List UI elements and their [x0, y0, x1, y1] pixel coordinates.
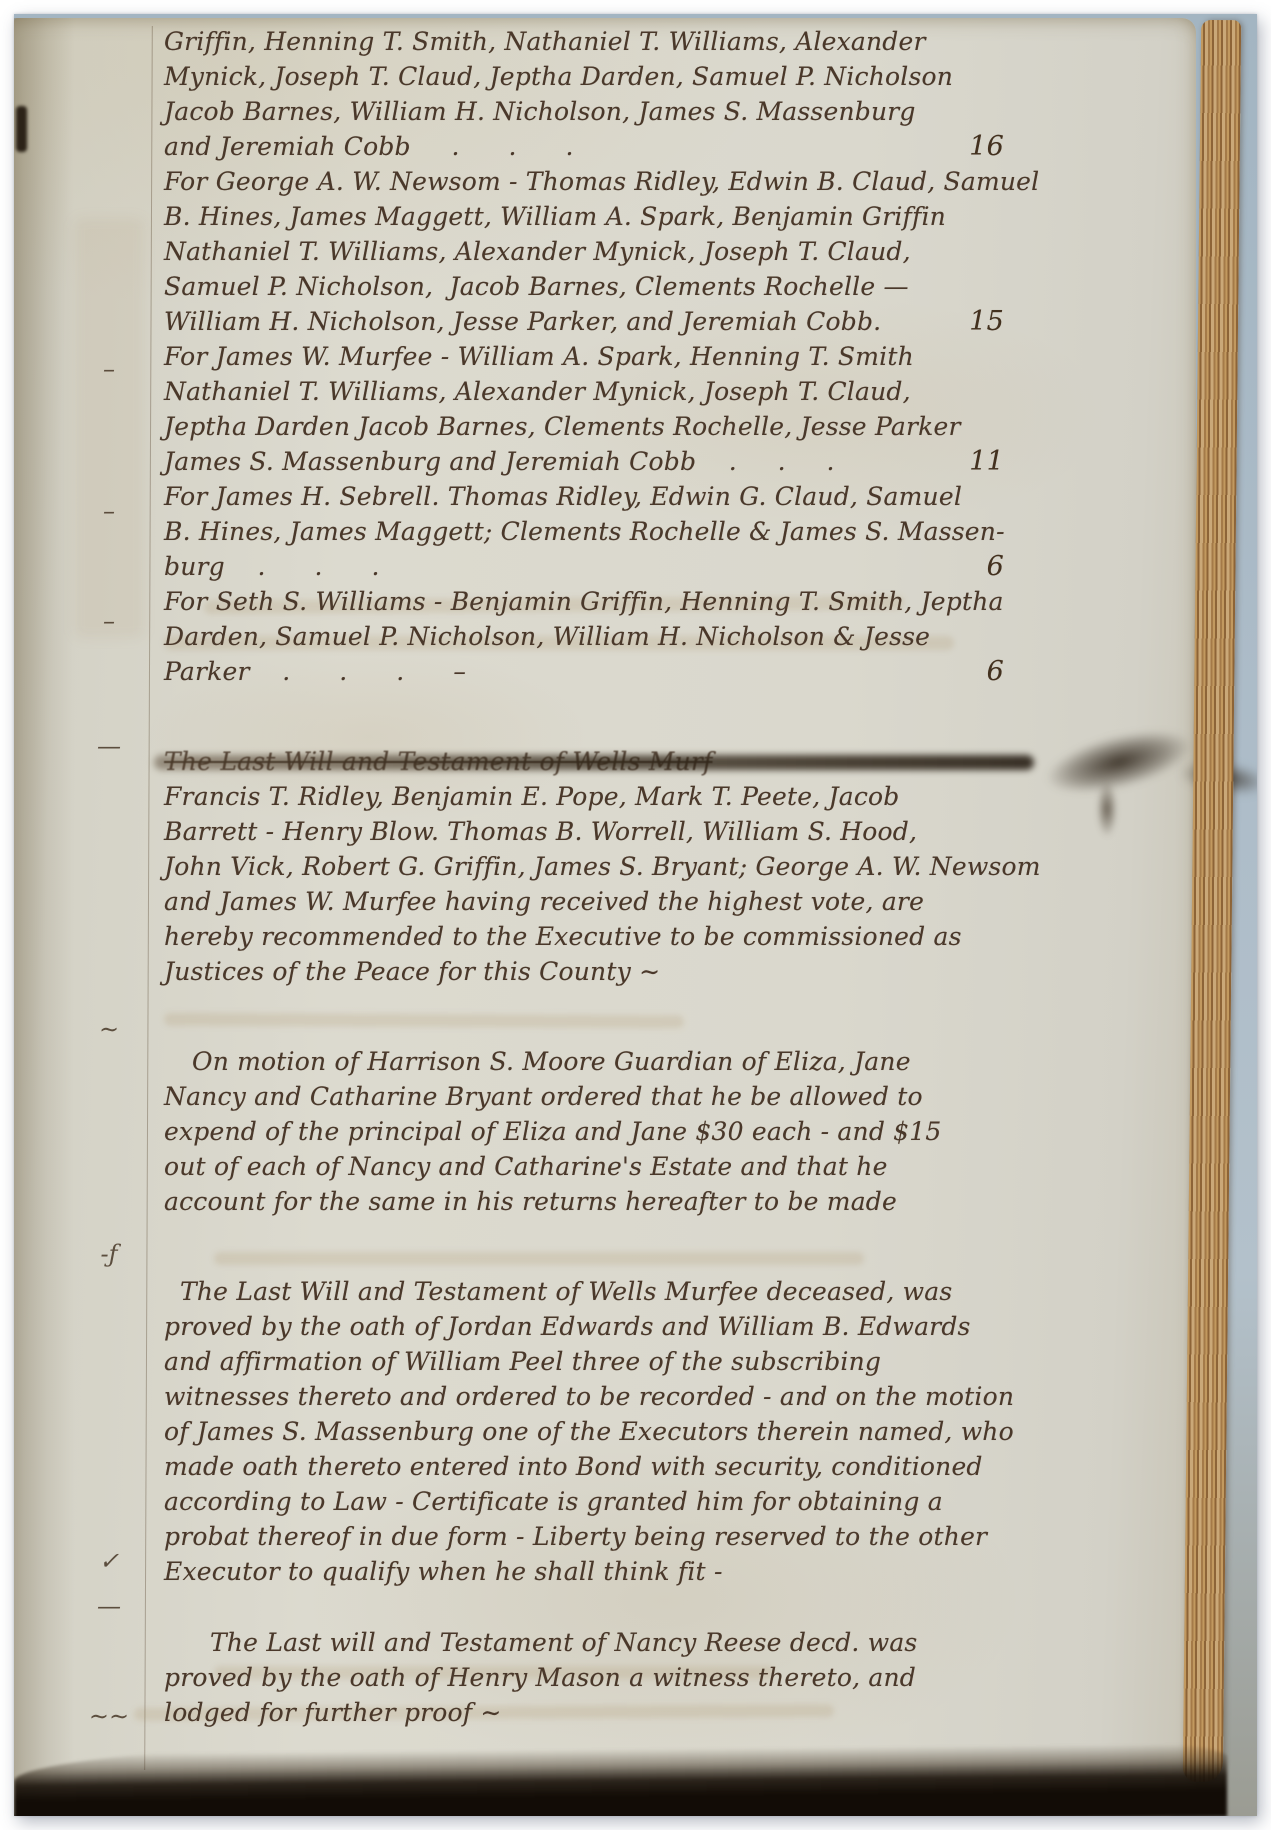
- manuscript-line: Executor to qualify when he shall think …: [164, 1554, 1012, 1589]
- manuscript-line-text: and affirmation of William Peel three of…: [164, 1347, 881, 1376]
- manuscript-line: James S. Massenburg and Jeremiah Cobb . …: [164, 444, 1012, 479]
- manuscript-line-text: out of each of Nancy and Catharine's Est…: [164, 1152, 888, 1181]
- paragraph-vote-george-newsom: For George A. W. Newsom - Thomas Ridley,…: [164, 164, 1012, 339]
- manuscript-line-text: Parker . . . –: [164, 657, 466, 686]
- manuscript-line: according to Law - Certificate is grante…: [164, 1484, 1012, 1519]
- struck-manuscript-line: The Last Will and Testament of Wells Mur…: [164, 744, 1012, 779]
- manuscript-photo: –––—∼-ƒ✓—∼∼ Griffin, Henning T. Smith, N…: [14, 14, 1257, 1816]
- manuscript-line-text: Executor to qualify when he shall think …: [164, 1557, 723, 1586]
- manuscript-line: For George A. W. Newsom - Thomas Ridley,…: [164, 164, 1012, 199]
- manuscript-line-text: made oath thereto entered into Bond with…: [164, 1452, 983, 1481]
- manuscript-line-text: Francis T. Ridley, Benjamin E. Pope, Mar…: [164, 782, 900, 811]
- vote-tally-number: 11: [969, 444, 1004, 479]
- manuscript-line-text: witnesses thereto and ordered to be reco…: [164, 1382, 1014, 1411]
- manuscript-line-text: proved by the oath of Jordan Edwards and…: [164, 1312, 971, 1341]
- manuscript-line: Nathaniel T. Williams, Alexander Mynick,…: [164, 234, 1012, 269]
- paragraph-tally-griffin-smith: Griffin, Henning T. Smith, Nathaniel T. …: [164, 24, 1012, 164]
- manuscript-line: John Vick, Robert G. Griffin, James S. B…: [164, 849, 1012, 884]
- manuscript-line: Barrett - Henry Blow. Thomas B. Worrell,…: [164, 814, 1012, 849]
- manuscript-line-text: B. Hines, James Maggett, William A. Spar…: [164, 202, 946, 231]
- paragraph-wells-murfee-will-proved: The Last Will and Testament of Wells Mur…: [164, 1274, 1012, 1589]
- manuscript-line-text: William H. Nicholson, Jesse Parker, and …: [164, 307, 881, 336]
- spine-notch: [16, 106, 27, 152]
- manuscript-line-text: and Jeremiah Cobb . . .: [164, 132, 574, 161]
- manuscript-line: B. Hines, James Maggett; Clements Rochel…: [164, 514, 1012, 549]
- manuscript-line-text: The Last Will and Testament of Wells Mur…: [180, 1277, 952, 1306]
- manuscript-line-text: For Seth S. Williams - Benjamin Griffin,…: [164, 587, 1004, 616]
- gutter-shading: [14, 18, 74, 1816]
- manuscript-line: On motion of Harrison S. Moore Guardian …: [164, 1044, 1012, 1079]
- manuscript-line-text: according to Law - Certificate is grante…: [164, 1487, 943, 1516]
- paragraph-nancy-reese-will-lodged: The Last will and Testament of Nancy Ree…: [164, 1625, 1012, 1730]
- vote-tally-number: 6: [987, 549, 1004, 584]
- manuscript-line: The Last Will and Testament of Wells Mur…: [164, 1274, 1012, 1309]
- struck-text: The Last Will and Testament of Wells Mur…: [164, 747, 712, 776]
- manuscript-line: probat thereof in due form - Liberty bei…: [164, 1519, 1012, 1554]
- manuscript-line: witnesses thereto and ordered to be reco…: [164, 1379, 1012, 1414]
- vote-tally-number: 6: [987, 654, 1004, 689]
- manuscript-line: Nathaniel T. Williams, Alexander Mynick,…: [164, 374, 1012, 409]
- margin-mark: ✓: [72, 1549, 146, 1573]
- bleed-through-stroke: [74, 218, 144, 638]
- paragraph-vote-seth-williams: For Seth S. Williams - Benjamin Griffin,…: [164, 584, 1012, 689]
- manuscript-line-text: and James W. Murfee having received the …: [164, 887, 924, 916]
- manuscript-line: lodged for further proof ∼: [164, 1695, 1012, 1730]
- margin-mark: –: [72, 357, 146, 381]
- ink-smear: [1094, 774, 1120, 844]
- manuscript-line-text: Griffin, Henning T. Smith, Nathaniel T. …: [164, 27, 926, 56]
- manuscript-line-text: Samuel P. Nicholson, Jacob Barnes, Cleme…: [164, 272, 909, 301]
- manuscript-line: For James W. Murfee - William A. Spark, …: [164, 339, 1012, 374]
- manuscript-line: Parker . . . –6: [164, 654, 1012, 689]
- manuscript-line: hereby recommended to the Executive to b…: [164, 919, 1012, 954]
- manuscript-line-text: Nathaniel T. Williams, Alexander Mynick,…: [164, 237, 911, 266]
- margin-mark: –: [72, 499, 146, 523]
- manuscript-line: Samuel P. Nicholson, Jacob Barnes, Cleme…: [164, 269, 1012, 304]
- manuscript-line: For Seth S. Williams - Benjamin Griffin,…: [164, 584, 1012, 619]
- margin-mark: ∼∼: [72, 1704, 146, 1728]
- manuscript-line: out of each of Nancy and Catharine's Est…: [164, 1149, 1012, 1184]
- manuscript-line-text: For James H. Sebrell. Thomas Ridley, Edw…: [164, 482, 962, 511]
- manuscript-line-text: of James S. Massenburg one of the Execut…: [164, 1417, 1014, 1446]
- manuscript-line-text: lodged for further proof ∼: [164, 1698, 502, 1727]
- manuscript-line: Nancy and Catharine Bryant ordered that …: [164, 1079, 1012, 1114]
- ink-smear: [1040, 719, 1198, 806]
- paragraph-moore-guardian-order: On motion of Harrison S. Moore Guardian …: [164, 1044, 1012, 1219]
- manuscript-line: The Last will and Testament of Nancy Ree…: [164, 1625, 1012, 1660]
- manuscript-line-text: John Vick, Robert G. Griffin, James S. B…: [164, 852, 1041, 881]
- manuscript-line-text: On motion of Harrison S. Moore Guardian …: [192, 1047, 911, 1076]
- text-column: Griffin, Henning T. Smith, Nathaniel T. …: [164, 24, 1012, 1730]
- manuscript-line: and James W. Murfee having received the …: [164, 884, 1012, 919]
- manuscript-line: account for the same in his returns here…: [164, 1184, 1012, 1219]
- manuscript-line-text: Nancy and Catharine Bryant ordered that …: [164, 1082, 923, 1111]
- manuscript-line: made oath thereto entered into Bond with…: [164, 1449, 1012, 1484]
- manuscript-line-text: expend of the principal of Eliza and Jan…: [164, 1117, 942, 1146]
- manuscript-line: B. Hines, James Maggett, William A. Spar…: [164, 199, 1012, 234]
- manuscript-line-text: For George A. W. Newsom - Thomas Ridley,…: [164, 167, 1039, 196]
- manuscript-line-text: Nathaniel T. Williams, Alexander Mynick,…: [164, 377, 911, 406]
- margin-mark: –: [72, 609, 146, 633]
- margin-mark: ∼: [72, 1017, 146, 1041]
- paper-page: –––—∼-ƒ✓—∼∼ Griffin, Henning T. Smith, N…: [14, 18, 1196, 1816]
- paragraph-vote-james-murfee: For James W. Murfee - William A. Spark, …: [164, 339, 1012, 479]
- manuscript-line-text: Jacob Barnes, William H. Nicholson, Jame…: [164, 97, 916, 126]
- vote-tally-number: 15: [969, 304, 1004, 339]
- manuscript-line: Mynick, Joseph T. Claud, Jeptha Darden, …: [164, 59, 1012, 94]
- paragraph-vote-james-sebrell: For James H. Sebrell. Thomas Ridley, Edw…: [164, 479, 1012, 584]
- manuscript-line-text: hereby recommended to the Executive to b…: [164, 922, 962, 951]
- manuscript-line: William H. Nicholson, Jesse Parker, and …: [164, 304, 1012, 339]
- manuscript-line: Francis T. Ridley, Benjamin E. Pope, Mar…: [164, 779, 1012, 814]
- manuscript-line: proved by the oath of Henry Mason a witn…: [164, 1660, 1012, 1695]
- manuscript-line-text: James S. Massenburg and Jeremiah Cobb . …: [164, 447, 835, 476]
- manuscript-line-text: Jeptha Darden Jacob Barnes, Clements Roc…: [164, 412, 961, 441]
- paragraph-justices-recommended: The Last Will and Testament of Wells Mur…: [164, 744, 1012, 989]
- manuscript-line-text: Darden, Samuel P. Nicholson, William H. …: [164, 622, 930, 651]
- vote-tally-number: 16: [969, 129, 1004, 164]
- margin-mark: -ƒ: [72, 1242, 146, 1266]
- manuscript-line: For James H. Sebrell. Thomas Ridley, Edw…: [164, 479, 1012, 514]
- manuscript-line: and Jeremiah Cobb . . .16: [164, 129, 1012, 164]
- manuscript-line: of James S. Massenburg one of the Execut…: [164, 1414, 1012, 1449]
- manuscript-line: Griffin, Henning T. Smith, Nathaniel T. …: [164, 24, 1012, 59]
- manuscript-line-text: The Last will and Testament of Nancy Ree…: [210, 1628, 917, 1657]
- manuscript-line-text: Justices of the Peace for this County ∼: [164, 957, 660, 986]
- manuscript-line: proved by the oath of Jordan Edwards and…: [164, 1309, 1012, 1344]
- manuscript-line: Jacob Barnes, William H. Nicholson, Jame…: [164, 94, 1012, 129]
- manuscript-line: Jeptha Darden Jacob Barnes, Clements Roc…: [164, 409, 1012, 444]
- manuscript-line: Darden, Samuel P. Nicholson, William H. …: [164, 619, 1012, 654]
- manuscript-line-text: For James W. Murfee - William A. Spark, …: [164, 342, 914, 371]
- manuscript-line-text: proved by the oath of Henry Mason a witn…: [164, 1663, 916, 1692]
- margin-rule-line: [144, 26, 153, 1770]
- manuscript-line-text: B. Hines, James Maggett; Clements Rochel…: [164, 517, 1005, 546]
- margin-mark: —: [72, 1594, 146, 1618]
- manuscript-line: burg . . .6: [164, 549, 1012, 584]
- manuscript-line: and affirmation of William Peel three of…: [164, 1344, 1012, 1379]
- manuscript-line: Justices of the Peace for this County ∼: [164, 954, 1012, 989]
- manuscript-line-text: Barrett - Henry Blow. Thomas B. Worrell,…: [164, 817, 917, 846]
- manuscript-line-text: account for the same in his returns here…: [164, 1187, 897, 1216]
- manuscript-line-text: Mynick, Joseph T. Claud, Jeptha Darden, …: [164, 62, 953, 91]
- manuscript-line-text: burg . . .: [164, 552, 380, 581]
- margin-mark: —: [72, 734, 146, 758]
- manuscript-line: expend of the principal of Eliza and Jan…: [164, 1114, 1012, 1149]
- manuscript-line-text: probat thereof in due form - Liberty bei…: [164, 1522, 987, 1551]
